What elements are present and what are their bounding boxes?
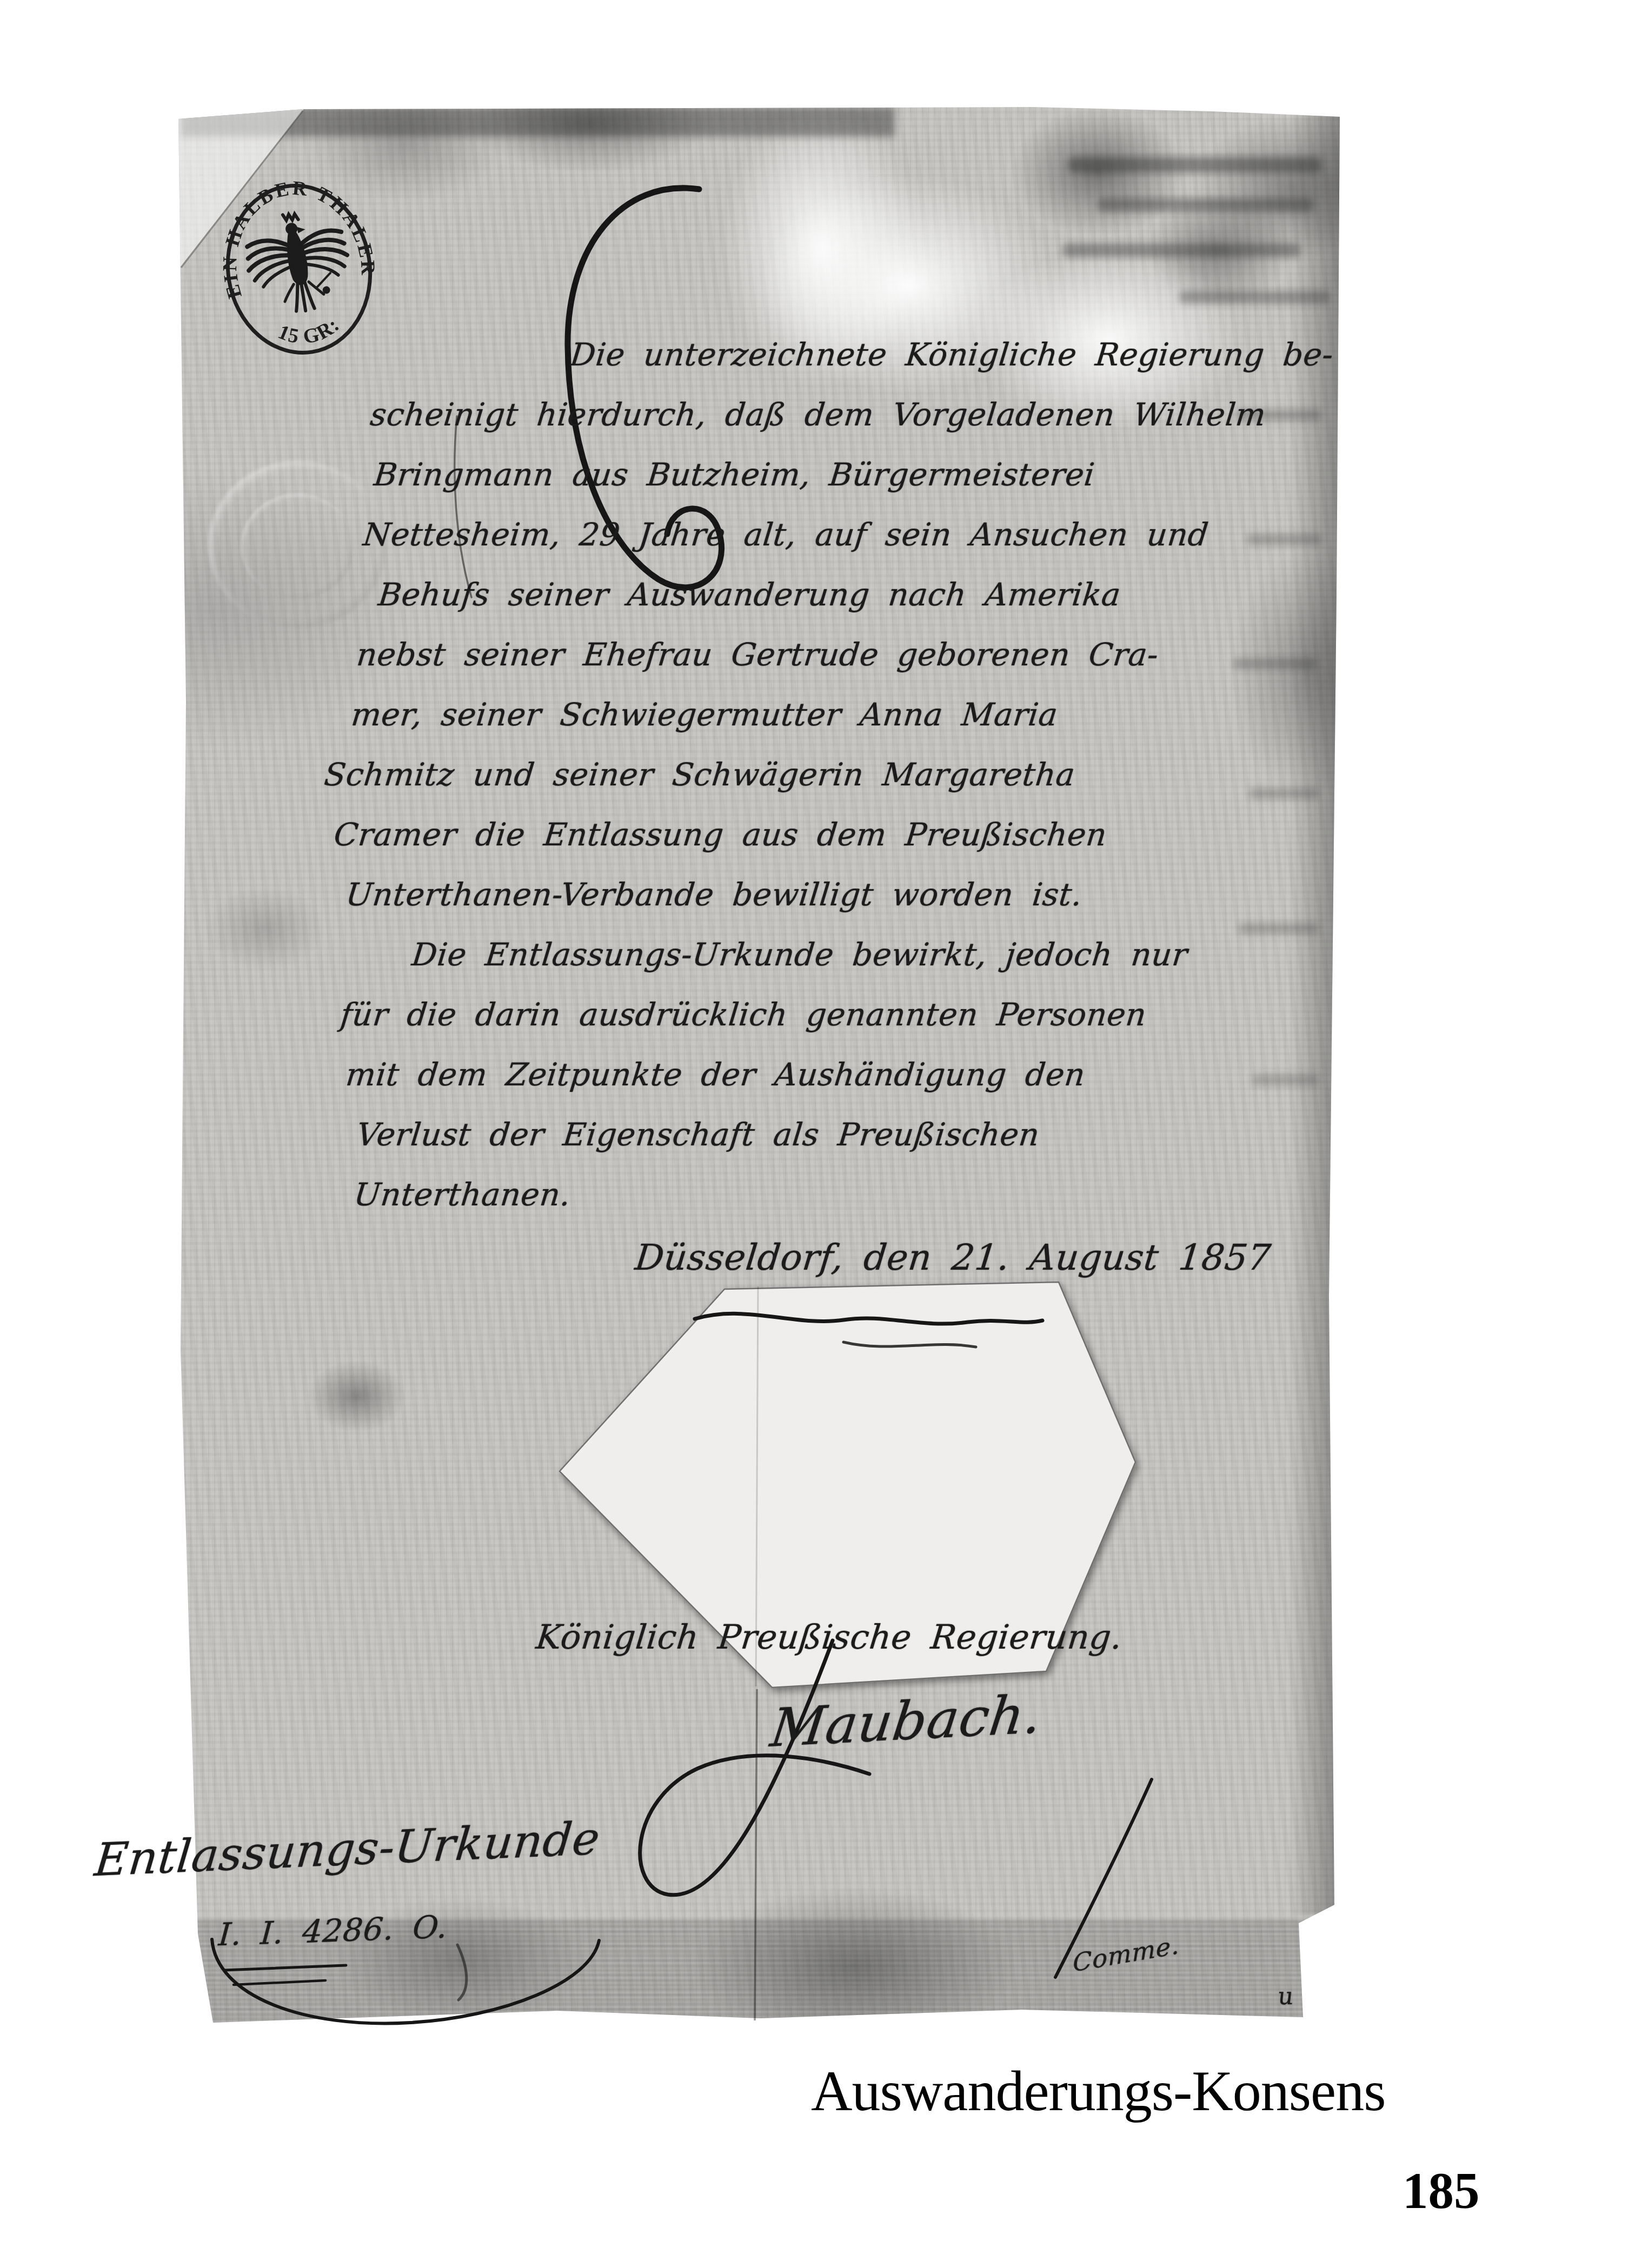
figure-caption: Auswanderungs-Konsens [811, 2058, 1385, 2124]
revenue-stamp: EIN HALBER THALER 15 GR: [202, 160, 396, 378]
handwriting-line: Unterthanen. [352, 1176, 572, 1213]
bleedthrough-line [1098, 198, 1314, 212]
handwriting-line: für die darin ausdrücklich genannten Per… [338, 996, 1148, 1033]
page-number: 185 [1403, 2161, 1480, 2220]
date-line: Düsseldorf, den 21. August 1857 [633, 1237, 1273, 1278]
scan-shadow-right [1290, 110, 1342, 1915]
bleedthrough-word [1238, 923, 1319, 934]
handwriting-line: Behufs seiner Auswanderung nach Amerika [376, 576, 1122, 613]
bleedthrough-word [1252, 1075, 1319, 1085]
bleedthrough-line [1062, 243, 1300, 257]
prussian-eagle-icon [241, 206, 355, 319]
handwriting-line: Nettesheim, 29 Jahre alt, auf sein Ansuc… [361, 516, 1210, 553]
handwriting-line: scheinigt hierdurch, daß dem Vorgeladene… [368, 396, 1267, 433]
bleedthrough-word [1233, 658, 1317, 669]
bleedthrough-word [1249, 788, 1319, 799]
handwriting-line: Verlust der Eigenschaft als Preußischen [355, 1116, 1041, 1153]
handwriting-line: nebst seiner Ehefrau Gertrude geborenen … [355, 636, 1160, 673]
handwriting-line: mer, seiner Schwiegermutter Anna Maria [349, 696, 1059, 733]
handwriting-line: Cramer die Entlassung aus dem Preußische… [332, 816, 1108, 853]
handwriting-line: Die unterzeichnete Königliche Regierung … [568, 336, 1335, 373]
stamp-value-text: 15 GR: [272, 311, 347, 353]
bleedthrough-line [1179, 291, 1330, 304]
embossed-seal-inner [241, 493, 354, 599]
handwriting-line: Die Entlassungs-Urkunde bewirkt, jedoch … [410, 936, 1189, 973]
handwriting-line: Unterthanen-Verbande bewilligt worden is… [344, 876, 1084, 913]
bleedthrough-line [1068, 157, 1322, 173]
handwriting-line: Schmitz und seiner Schwägerin Margaretha [322, 756, 1076, 793]
corner-mark: u [1277, 1983, 1295, 2010]
issuer-line: Königlich Preußische Regierung. [534, 1617, 1124, 1657]
bleedthrough-word [1246, 534, 1322, 545]
handwriting-line: mit dem Zeitpunkte der Aushändigung den [344, 1056, 1087, 1093]
handwriting-line: Bringmann aus Butzheim, Bürgermeisterei [372, 456, 1096, 493]
book-page: EIN HALBER THALER 15 GR: [0, 0, 1635, 2268]
